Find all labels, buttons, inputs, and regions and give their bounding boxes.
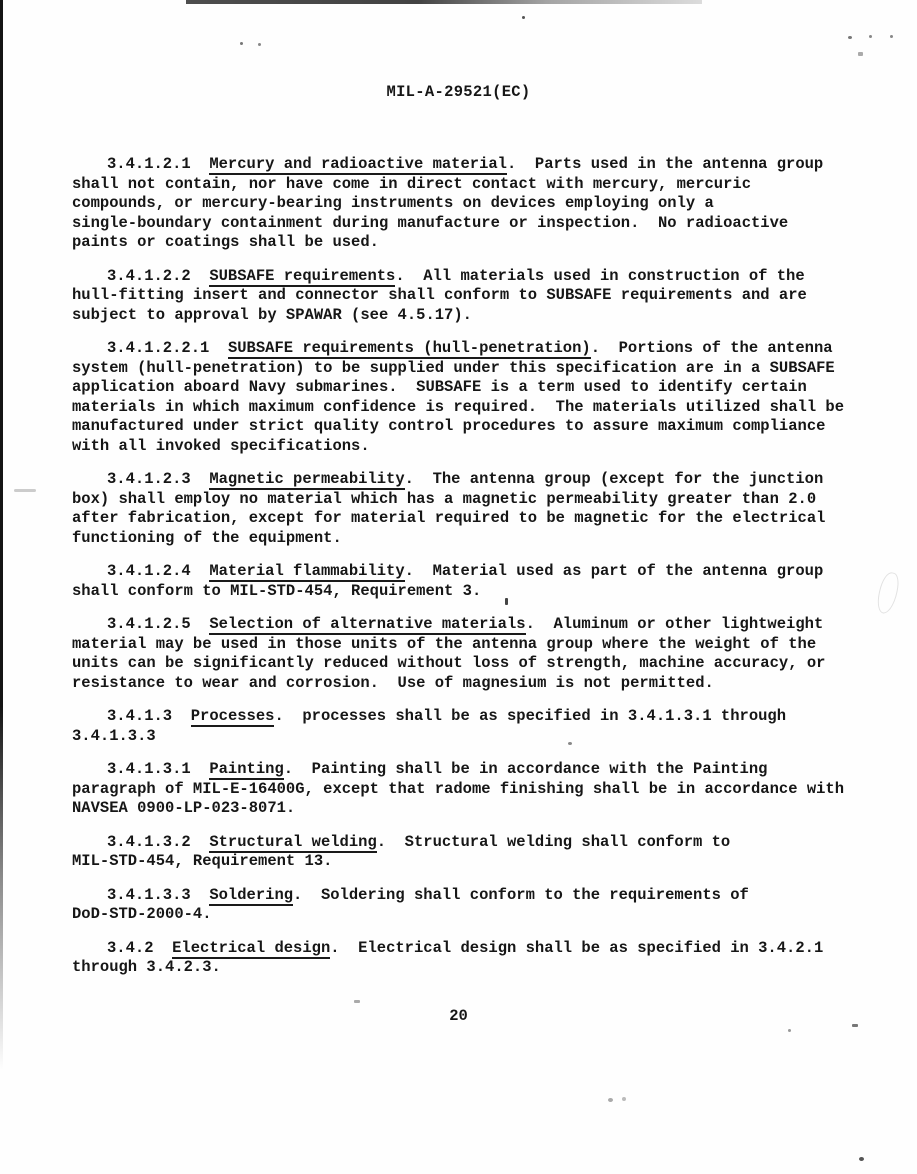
section-title: Structural welding xyxy=(209,833,376,853)
section-number: 3.4.1.2.1 xyxy=(107,155,191,173)
section-number: 3.4.1.3.1 xyxy=(107,760,191,778)
spec-paragraph: 3.4.1.2.2 SUBSAFE requirements. All mate… xyxy=(72,267,862,326)
scan-speck xyxy=(608,1098,613,1102)
spec-paragraph: 3.4.1.2.3 Magnetic permeability. The ant… xyxy=(72,470,862,548)
section-number: 3.4.1.3.3 xyxy=(107,886,191,904)
scan-speck xyxy=(240,42,243,45)
section-title: Magnetic permeability xyxy=(209,470,404,490)
spec-paragraph: 3.4.1.3.1 Painting. Painting shall be in… xyxy=(72,760,862,819)
section-number: 3.4.2 xyxy=(107,939,154,957)
section-number: 3.4.1.2.4 xyxy=(107,562,191,580)
section-title: Electrical design xyxy=(172,939,330,959)
section-number: 3.4.1.2.3 xyxy=(107,470,191,488)
spec-paragraph: 3.4.1.3.3 Soldering. Soldering shall con… xyxy=(72,886,862,925)
section-number: 3.4.1.3.2 xyxy=(107,833,191,851)
spec-paragraph: 3.4.1.2.1 Mercury and radioactive materi… xyxy=(72,155,862,253)
scan-speck xyxy=(859,1157,864,1161)
document-id-header: MIL-A-29521(EC) xyxy=(0,82,917,102)
document-body: 3.4.1.2.1 Mercury and radioactive materi… xyxy=(72,155,862,978)
section-number: 3.4.1.3 xyxy=(107,707,172,725)
spec-paragraph: 3.4.1.2.5 Selection of alternative mater… xyxy=(72,615,862,693)
section-title: Mercury and radioactive material xyxy=(209,155,507,175)
scan-speck xyxy=(622,1097,626,1101)
scan-artifact-top-bar xyxy=(186,0,702,4)
section-title: Processes xyxy=(191,707,275,727)
scan-speck xyxy=(858,52,863,56)
section-title: SUBSAFE requirements (hull-penetration) xyxy=(228,339,591,359)
scan-speck xyxy=(258,43,261,46)
section-number: 3.4.1.2.2 xyxy=(107,267,191,285)
scan-speck xyxy=(522,16,525,19)
scan-speck xyxy=(14,489,36,492)
spec-paragraph: 3.4.1.3 Processes. processes shall be as… xyxy=(72,707,862,746)
scan-speck xyxy=(890,35,893,38)
section-title: SUBSAFE requirements xyxy=(209,267,395,287)
spec-paragraph: 3.4.1.3.2 Structural welding. Structural… xyxy=(72,833,862,872)
spec-paragraph: 3.4.2 Electrical design. Electrical desi… xyxy=(72,939,862,978)
scan-artifact-left-edge xyxy=(0,0,3,1070)
scan-artifact-squiggle xyxy=(875,571,901,616)
section-title: Material flammability xyxy=(209,562,404,582)
section-text: . processes shall be as specified in 3.4… xyxy=(72,707,786,745)
section-title: Soldering xyxy=(209,886,293,906)
scanned-document-page: MIL-A-29521(EC) 3.4.1.2.1 Mercury and ra… xyxy=(0,0,917,1174)
section-number: 3.4.1.2.2.1 xyxy=(107,339,209,357)
spec-paragraph: 3.4.1.2.4 Material flammability. Materia… xyxy=(72,562,862,601)
section-number: 3.4.1.2.5 xyxy=(107,615,191,633)
scan-speck xyxy=(354,1000,360,1003)
scan-speck xyxy=(869,35,872,38)
scan-speck xyxy=(788,1029,791,1032)
spec-paragraph: 3.4.1.2.2.1 SUBSAFE requirements (hull-p… xyxy=(72,339,862,456)
page-number: 20 xyxy=(0,1006,917,1026)
section-title: Painting xyxy=(209,760,283,780)
section-title: Selection of alternative materials xyxy=(209,615,525,635)
scan-speck xyxy=(848,36,852,39)
